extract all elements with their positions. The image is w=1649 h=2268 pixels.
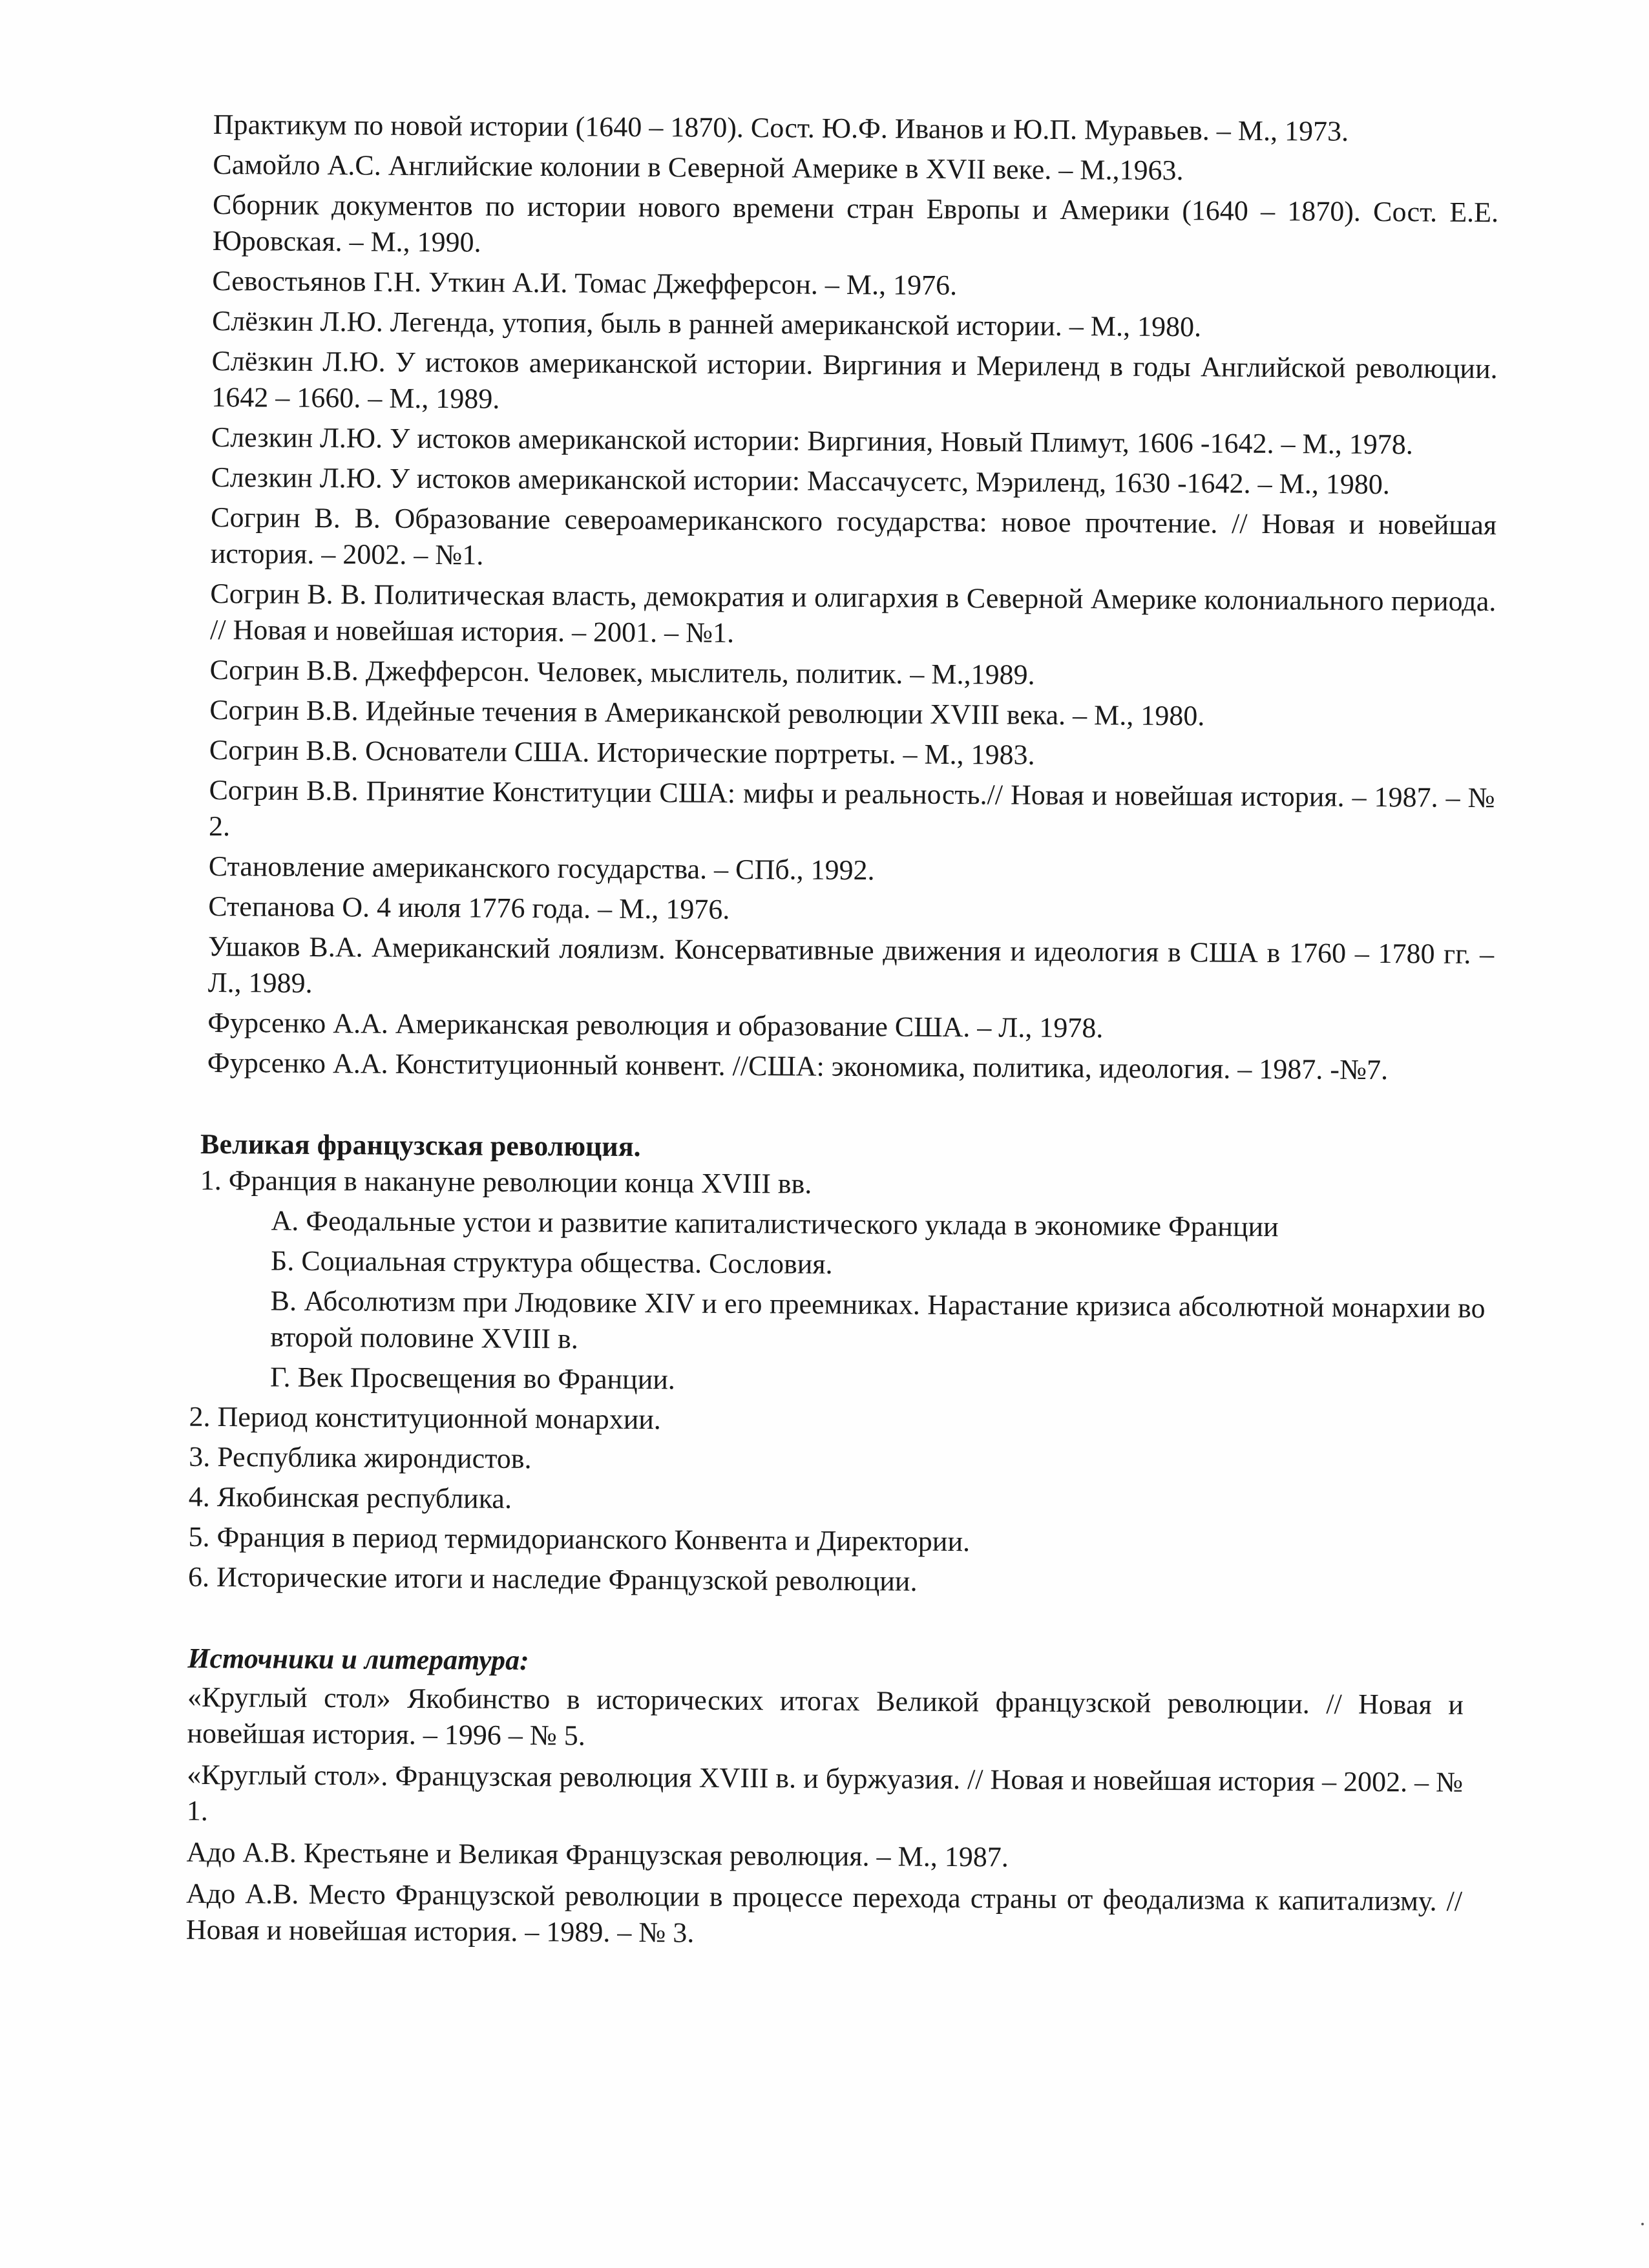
outline-item: 5. Франция в период термидорианского Кон…	[188, 1519, 1474, 1563]
source-entry: «Круглый стол». Французская революция XV…	[187, 1757, 1464, 1837]
scan-speck	[1641, 2223, 1644, 2225]
bibliography-entry: Сборник документов по истории нового вре…	[213, 187, 1499, 267]
bibliography-entry: Становление американского государства. –…	[209, 848, 1495, 892]
bibliography-entry: Самойло А.С. Английские колонии в Северн…	[213, 147, 1498, 191]
bibliography-entry: Слезкин Л.Ю. У истоков американской исто…	[211, 419, 1497, 463]
bibliography-entry: Согрин В.В. Основатели США. Исторические…	[209, 732, 1495, 776]
outline-item: 1. Франция в накануне революции конца XV…	[200, 1162, 1486, 1206]
bibliography-entry: Слёзкин Л.Ю. Легенда, утопия, быль в ран…	[212, 303, 1498, 347]
outline-item: 2. Период конституционной монархии.	[189, 1399, 1475, 1443]
page-content: Практикум по новой истории (1640 – 1870)…	[202, 107, 1499, 1961]
outline-subitem: Г. Век Просвещения во Франции.	[199, 1359, 1485, 1403]
sources-heading: Источники и литература:	[187, 1641, 1473, 1685]
outline-subitem: Б. Социальная структура общества. Сослов…	[200, 1243, 1486, 1286]
bibliography-list: Практикум по новой истории (1640 – 1870)…	[207, 107, 1499, 1089]
bibliography-entry: Практикум по новой истории (1640 – 1870)…	[213, 107, 1499, 151]
bibliography-entry: Фурсенко А.А. Американская революция и о…	[207, 1005, 1493, 1049]
outline-subitem: В. Абсолютизм при Людовике XIV и его пре…	[199, 1283, 1486, 1363]
bibliography-entry: Слёзкин Л.Ю. У истоков американской исто…	[211, 343, 1498, 423]
spacer	[204, 1599, 1489, 1648]
bibliography-entry: Слезкин Л.Ю. У истоков американской исто…	[211, 459, 1497, 503]
bibliography-entry: Согрин В. В. Политическая власть, демокр…	[210, 576, 1497, 656]
outline-item: 3. Республика жирондистов.	[189, 1439, 1475, 1483]
bibliography-entry: Согрин В.В. Джефферсон. Человек, мыслите…	[210, 652, 1496, 696]
scanned-page: Практикум по новой истории (1640 – 1870)…	[0, 0, 1649, 2268]
source-entry: Адо А.В. Крестьяне и Великая Французская…	[186, 1834, 1462, 1878]
bibliography-entry: Согрин В.В. Идейные течения в Американск…	[209, 692, 1495, 736]
outline-item: 4. Якобинская республика.	[189, 1479, 1475, 1523]
sources-list: «Круглый стол» Якобинство в исторических…	[202, 1679, 1490, 1956]
outline-subitem: А. Феодальные устои и развитие капиталис…	[200, 1202, 1486, 1246]
bibliography-entry: Степанова О. 4 июля 1776 года. – М., 197…	[208, 888, 1494, 932]
bibliography-entry: Севостьянов Г.Н. Уткин А.И. Томас Джеффе…	[212, 263, 1498, 307]
spacer	[207, 1085, 1493, 1134]
source-entry: Адо А.В. Место Французской революции в п…	[186, 1876, 1463, 1956]
outline-item: 6. Исторические итоги и наследие Француз…	[188, 1559, 1474, 1603]
topic-outline: 1. Франция в накануне революции конца XV…	[204, 1162, 1493, 1603]
bibliography-entry: Фурсенко А.А. Конституционный конвент. /…	[207, 1045, 1493, 1089]
bibliography-entry: Ушаков В.А. Американский лоялизм. Консер…	[208, 929, 1495, 1009]
bibliography-entry: Согрин В.В. Принятие Конституции США: ми…	[209, 772, 1495, 852]
source-entry: «Круглый стол» Якобинство в исторических…	[187, 1679, 1464, 1759]
bibliography-entry: Согрин В. В. Образование североамериканс…	[211, 499, 1497, 580]
